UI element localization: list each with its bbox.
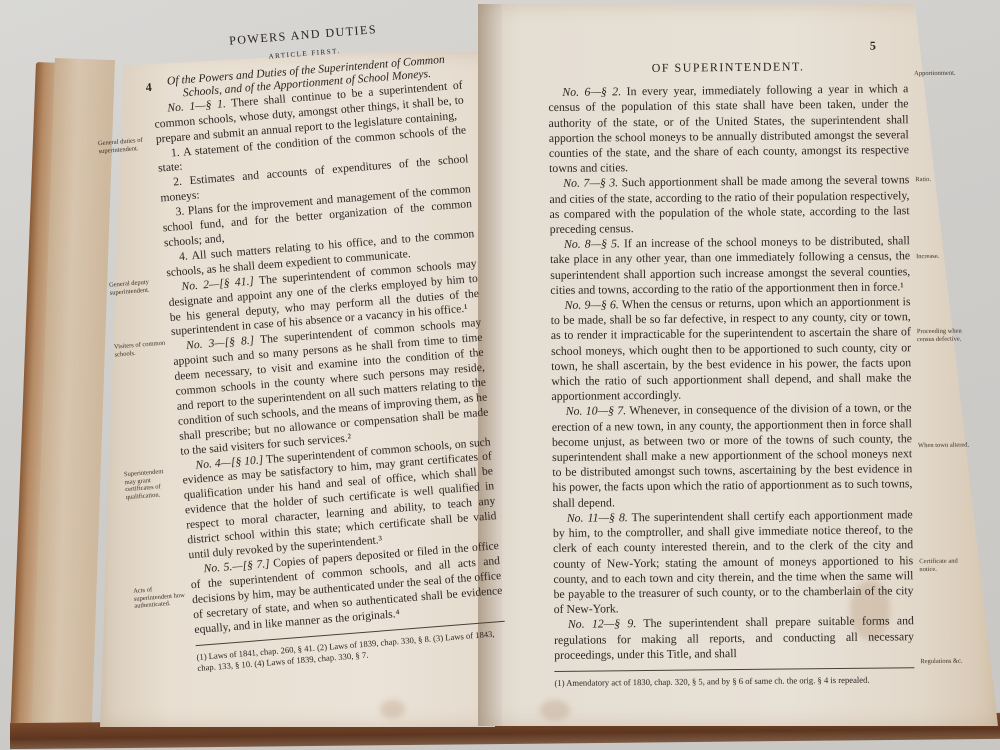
margin-note: When town altered. bbox=[918, 442, 970, 450]
foxing-stain bbox=[380, 700, 405, 718]
margin-note: Superintendent may grant certificates of… bbox=[124, 467, 178, 501]
margin-note: Certificate and notice. bbox=[919, 558, 971, 574]
footnote-divider bbox=[554, 667, 914, 672]
margin-note: Increase. bbox=[916, 253, 968, 261]
left-page-text: 4 POWERS AND DUTIES ARTICLE FIRST. Of th… bbox=[148, 16, 507, 675]
right-page-text: 5 OF SUPERINTENDENT. No. 6—§ 2. In every… bbox=[548, 58, 915, 689]
foxing-stain bbox=[540, 700, 570, 720]
margin-note: Apportionment. bbox=[914, 70, 966, 78]
page-number: 4 bbox=[145, 80, 152, 95]
margin-note: Proceeding when census defective. bbox=[917, 328, 969, 344]
margin-note: Acts of superintendent how authenticated… bbox=[133, 584, 187, 611]
paragraph: No. 9—§ 6. When the census or returns, u… bbox=[550, 294, 911, 404]
paragraph: No. 6—§ 2. In every year, immediately fo… bbox=[548, 81, 909, 176]
margin-note: Ratio. bbox=[915, 176, 967, 184]
running-head: OF SUPERINTENDENT. bbox=[548, 58, 908, 77]
book-photo: 4 POWERS AND DUTIES ARTICLE FIRST. Of th… bbox=[0, 0, 1000, 750]
margin-note: Regulations &c. bbox=[920, 658, 972, 666]
paragraph: No. 12—§ 9. The superintendent shall pre… bbox=[554, 614, 914, 663]
paragraph: No. 8—§ 5. If an increase of the school … bbox=[550, 233, 911, 298]
paragraph: No. 11—§ 8. The superintendent shall cer… bbox=[553, 507, 914, 617]
page-number: 5 bbox=[870, 39, 876, 54]
paragraph: No. 7—§ 3. Such apportionment shall be m… bbox=[549, 173, 910, 238]
paragraph: No. 10—§ 7. Whenever, in consequence of … bbox=[552, 401, 913, 511]
